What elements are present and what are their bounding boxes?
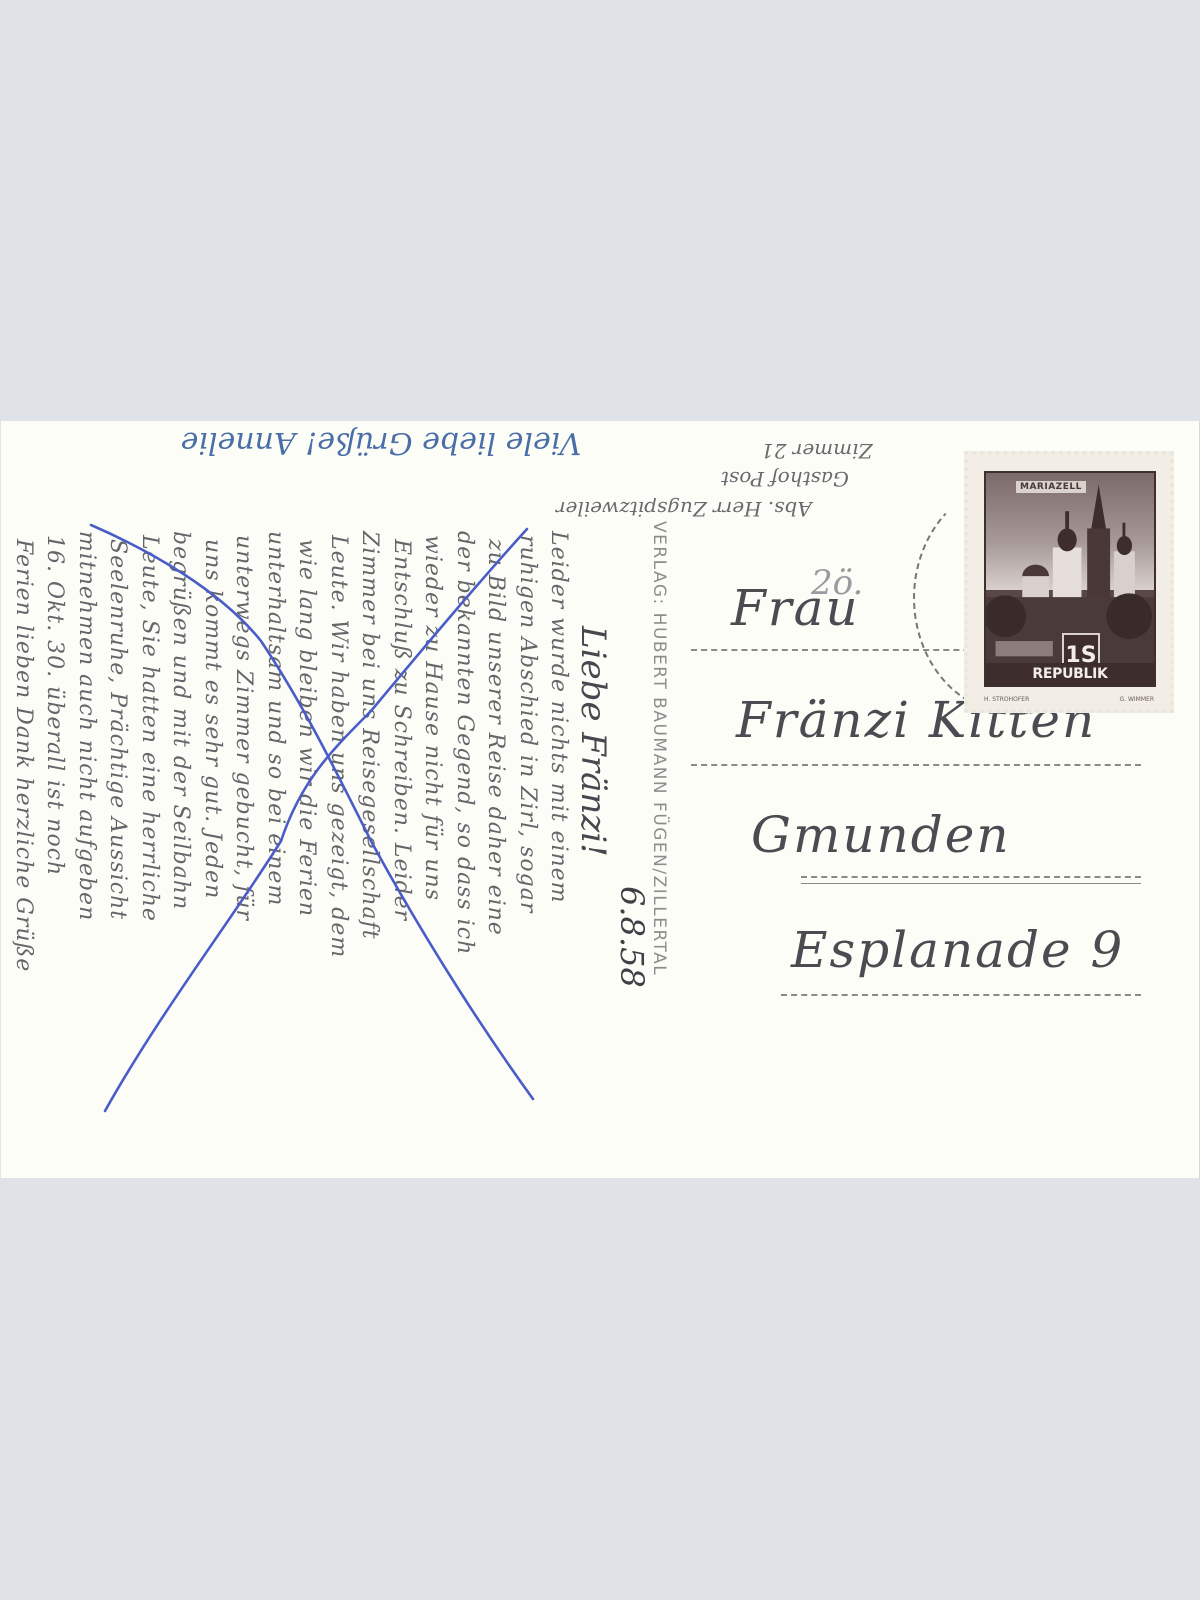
- stamp-title: MARIAZELL: [1016, 481, 1086, 493]
- message-line: Zimmer bei uns Reisegesellschaft: [357, 531, 382, 940]
- greeting: Liebe Fränzi!: [573, 626, 613, 857]
- stamp-image: MARIAZELL 1S REPUBLIK ÖSTERREICH: [984, 471, 1156, 687]
- message-line: mitnehmen auch nicht aufgeben: [74, 531, 99, 921]
- publisher-imprint: VERLAG: HUBERT BAUMANN FÜGEN/ZILLERTAL: [649, 521, 669, 976]
- message-line: wieder zu Hause nicht für uns: [420, 535, 445, 901]
- message-line: unterhaltsam und so bei einem: [263, 531, 288, 906]
- message-line: Leute. Wir haben uns gezeigt, dem: [326, 535, 351, 958]
- address-rule: [801, 876, 1141, 878]
- address-city: Gmunden: [751, 806, 1011, 864]
- blue-closing-note: Viele liebe Grüße! Annelie: [151, 425, 611, 460]
- sender-line: Zimmer 21: [761, 439, 911, 463]
- message-line: begrüßen und mit der Seilbahn: [168, 531, 193, 910]
- address-rule: [781, 994, 1141, 996]
- sender-line: Gasthof Post: [721, 467, 901, 491]
- address-rule: [801, 883, 1141, 884]
- stamp-credit-designer: G. WIMMER: [1120, 696, 1154, 703]
- message-line: uns kommt es sehr gut. Jeden: [200, 539, 225, 899]
- stamp-country: REPUBLIK ÖSTERREICH: [986, 663, 1154, 685]
- message-line: wie lang bleiben wir die Ferien: [294, 539, 319, 917]
- message-line: Entschluß zu Schreiben. Leider: [389, 539, 414, 921]
- address-rule: [691, 764, 1141, 766]
- sender-line: Abs. Herr Zugspitzweiler: [556, 497, 916, 521]
- message-line: 16. Okt. 30. überall ist noch: [42, 535, 67, 876]
- message-line: unterwegs Zimmer gebucht, für: [231, 535, 256, 921]
- message-line: zu Bild unserer Reise daher eine: [483, 539, 508, 936]
- address-salutation: Frau: [731, 579, 860, 637]
- message-line: Ferien lieben Dank herzliche Grüße: [11, 539, 36, 972]
- message-area: Leider wurde nichts mit einemruhigen Abs…: [1, 421, 641, 1178]
- postcard-back: Leider wurde nichts mit einemruhigen Abs…: [0, 421, 1200, 1178]
- postage-stamp: MARIAZELL 1S REPUBLIK ÖSTERREICH H. STRO…: [964, 451, 1174, 713]
- date-written: 6.8.58: [613, 886, 651, 988]
- address-street: Esplanade 9: [791, 921, 1124, 979]
- message-line: Seelenruhe, Prächtige Aussicht: [105, 539, 130, 920]
- message-line: Leider wurde nichts mit einem: [546, 531, 571, 904]
- stamp-credit-engraver: H. STROHOFER: [984, 696, 1029, 703]
- message-line: Leute, Sie hatten eine herrliche: [137, 535, 162, 922]
- message-line: ruhigen Abschied in Zirl, sogar: [515, 535, 540, 913]
- message-line: der bekannten Gegend, so dass ich: [452, 531, 477, 955]
